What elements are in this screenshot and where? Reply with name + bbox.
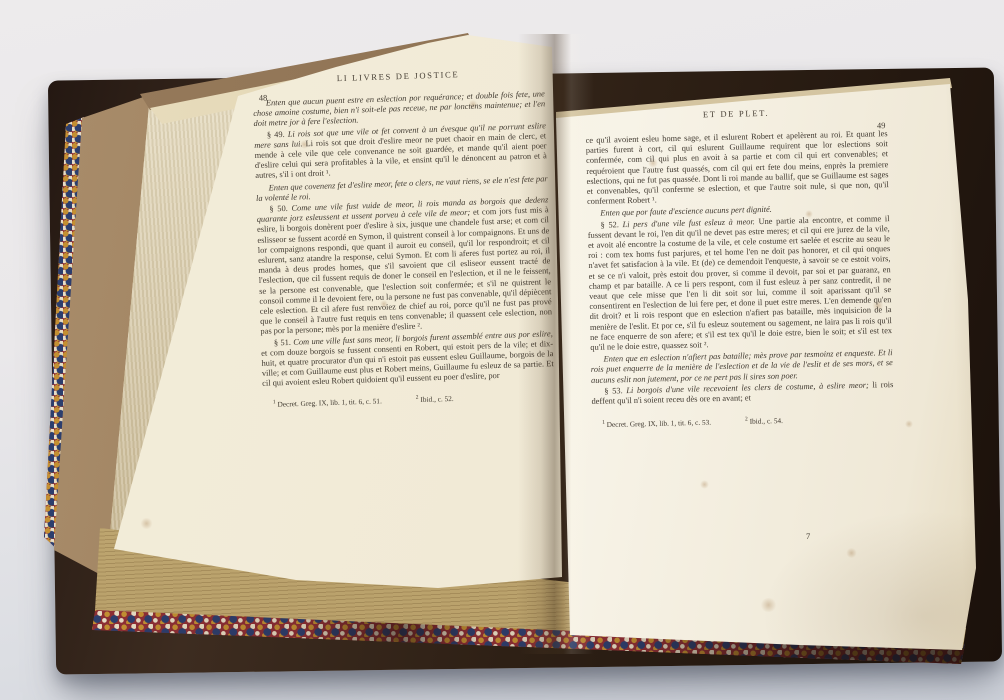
- text-block: Enten que aucun puent estre en eslection…: [253, 89, 554, 389]
- footnote: 2 Ibid., c. 54.: [745, 415, 783, 426]
- paragraph: § 52. Li pers d'une vile fust esleuz à m…: [587, 214, 892, 353]
- paragraph: § 51. Com une ville fust sans meor, li b…: [261, 329, 555, 390]
- foxing-spot: [700, 480, 709, 489]
- footnote: 2 Ibid., c. 52.: [416, 392, 454, 404]
- right-page-text: ET DE PLET. 49 ce qu'il avoient esleu ho…: [585, 105, 894, 429]
- foxing-spot: [140, 518, 153, 529]
- signature-mark: 7: [806, 531, 810, 541]
- foxing-spot: [846, 548, 857, 558]
- foxing-spot: [760, 598, 777, 612]
- page-number: 49: [877, 120, 886, 130]
- text-block: ce qu'il avoient esleu home sage, et il …: [586, 129, 894, 407]
- photo-scene: LI LIVRES DE JOSTICE 48 Enten que aucun …: [0, 0, 1004, 700]
- paragraph: § 50. Come une vile fust vuide de meor, …: [256, 195, 552, 337]
- left-page-text: LI LIVRES DE JOSTICE 48 Enten que aucun …: [252, 66, 555, 409]
- paragraph: § 49. Li rois sot que une vile ot fet co…: [254, 121, 548, 182]
- page-number: 48: [259, 93, 268, 103]
- paragraph: ce qu'il avoient esleu home sage, et il …: [586, 129, 890, 207]
- foxing-spot: [905, 420, 913, 428]
